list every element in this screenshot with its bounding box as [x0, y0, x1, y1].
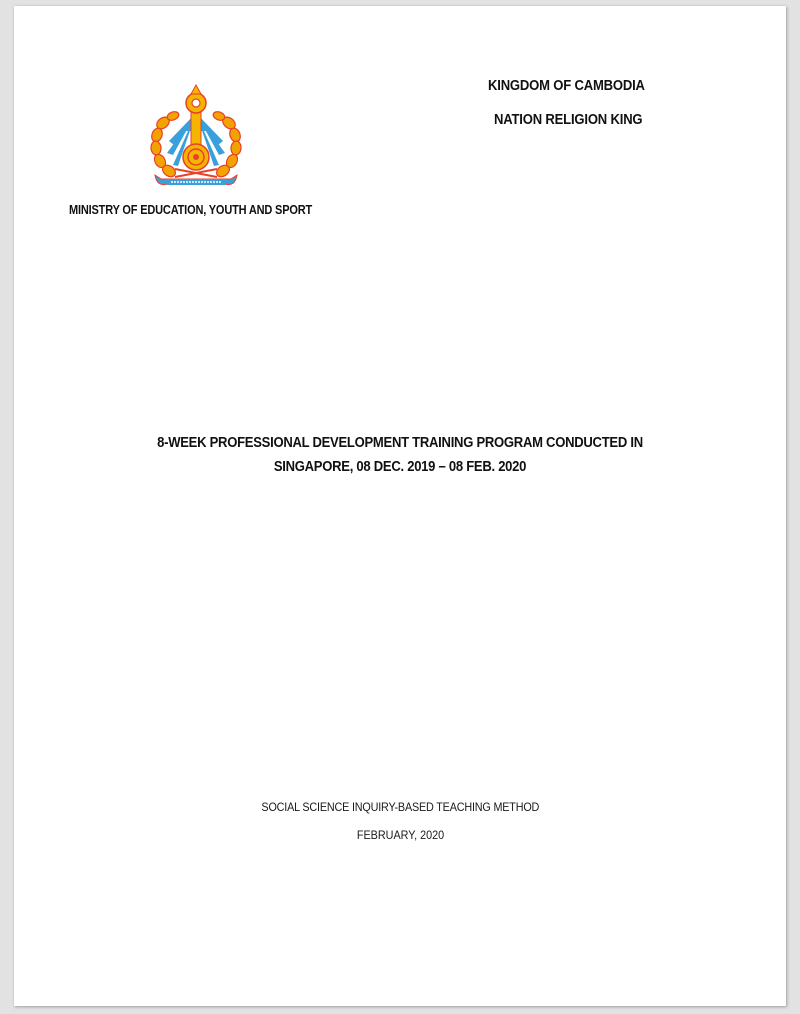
document-date: FEBRUARY, 2020 — [14, 828, 786, 842]
national-motto: NATION RELIGION KING — [494, 112, 642, 128]
document-title: 8-WEEK PROFESSIONAL DEVELOPMENT TRAINING… — [14, 431, 786, 479]
ministry-name: MINISTRY OF EDUCATION, YOUTH AND SPORT — [69, 203, 312, 217]
title-line-2: SINGAPORE, 08 DEC. 2019 – 08 FEB. 2020 — [53, 455, 748, 479]
document-subtitle: SOCIAL SCIENCE INQUIRY-BASED TEACHING ME… — [14, 800, 786, 814]
ministry-emblem-icon — [147, 83, 245, 189]
document-page: KINGDOM OF CAMBODIA NATION RELIGION KING… — [14, 6, 786, 1006]
title-line-1: 8-WEEK PROFESSIONAL DEVELOPMENT TRAINING… — [53, 431, 748, 455]
subtitle-text: SOCIAL SCIENCE INQUIRY-BASED TEACHING ME… — [261, 800, 539, 814]
country-heading: KINGDOM OF CAMBODIA — [488, 78, 645, 94]
date-text: FEBRUARY, 2020 — [356, 828, 443, 842]
